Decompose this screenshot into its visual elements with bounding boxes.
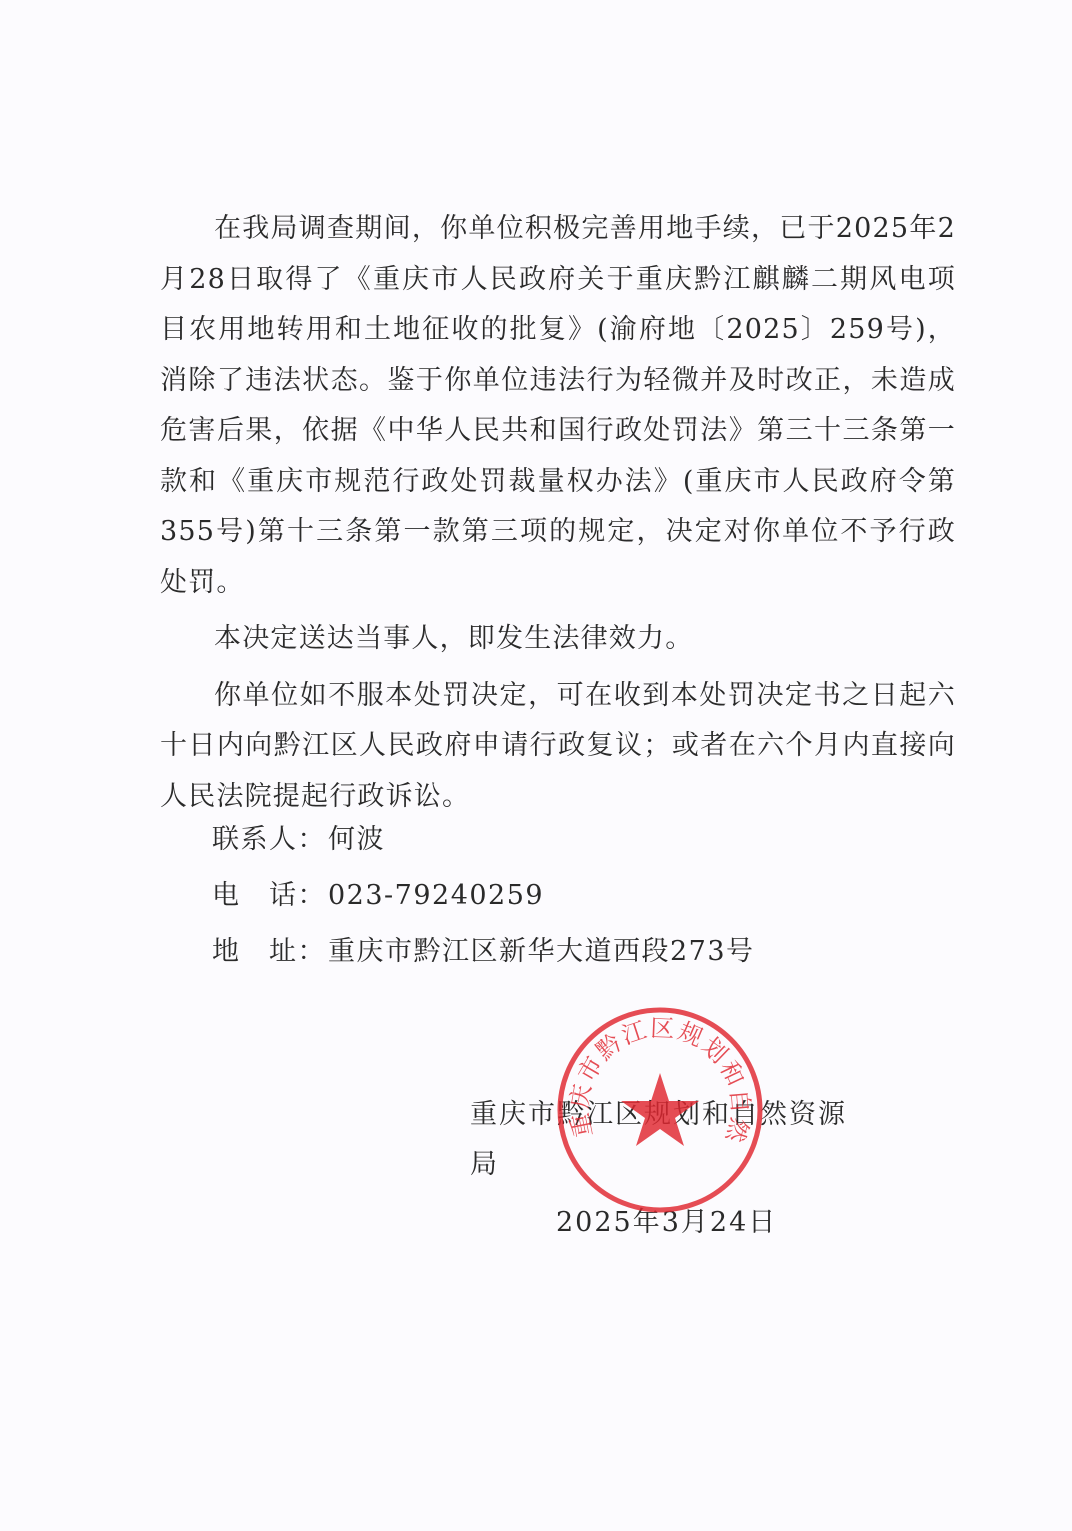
contact-person-label: 联系人： [212,812,328,868]
paragraph-appeal-rights: 你单位如不服本处罚决定，可在收到本处罚决定书之日起六十日内向黔江区人民政府申请行… [160,671,956,823]
paragraph-effect: 本决定送达当事人，即发生法律效力。 [160,614,956,665]
decision-body: 在我局调查期间，你单位积极完善用地手续，已于2025年2月28日取得了《重庆市人… [160,204,956,822]
paragraph-investigation: 在我局调查期间，你单位积极完善用地手续，已于2025年2月28日取得了《重庆市人… [160,204,956,608]
contact-phone-row: 电 话： 023-79240259 [212,868,755,924]
issue-date: 2025年3月24日 [556,1198,870,1248]
contact-phone-label: 电 话： [212,868,328,924]
issuing-organization: 重庆市黔江区规划和自然资源局 [470,1090,870,1190]
contact-info: 联系人： 何波 电 话： 023-79240259 地 址： 重庆市黔江区新华大… [212,812,755,980]
contact-address-row: 地 址： 重庆市黔江区新华大道西段273号 [212,924,755,980]
document-page: 在我局调查期间，你单位积极完善用地手续，已于2025年2月28日取得了《重庆市人… [0,0,1072,1531]
signature-block: 重庆市黔江区规划和自然资源局 2025年3月24日 [470,1090,870,1248]
contact-address-label: 地 址： [212,924,328,980]
contact-person-row: 联系人： 何波 [212,812,755,868]
contact-phone-value: 023-79240259 [328,868,544,924]
contact-address-value: 重庆市黔江区新华大道西段273号 [328,924,755,980]
contact-person-value: 何波 [328,812,385,868]
